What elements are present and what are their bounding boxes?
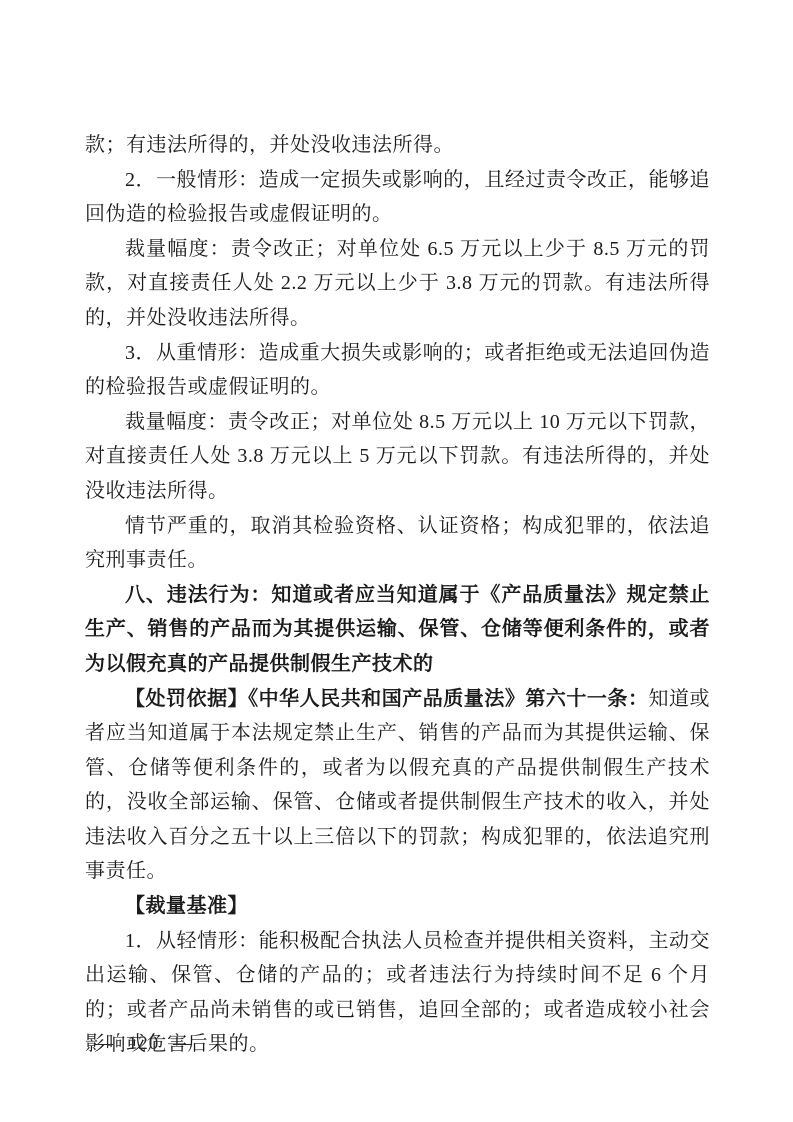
penalty-basis-label: 【处罚依据】《中华人民共和国产品质量法》第六十一条： bbox=[125, 688, 648, 710]
page-number: — 120 — bbox=[94, 1033, 193, 1055]
paragraph-continuation: 款；有违法所得的，并处没收违法所得。 bbox=[85, 128, 710, 163]
document-page: 款；有违法所得的，并处没收违法所得。 2．一般情形：造成一定损失或影响的，且经过… bbox=[0, 0, 793, 1122]
heading-benchmark: 【裁量基准】 bbox=[85, 889, 710, 924]
paragraph-serious-circumstance: 情节严重的，取消其检验资格、认证资格；构成犯罪的，依法追究刑事责任。 bbox=[85, 509, 710, 578]
penalty-basis-text: 知道或者应当知道属于本法规定禁止生产、销售的产品而为其提供运输、保管、仓储等便利… bbox=[85, 688, 710, 883]
paragraph-general-range: 裁量幅度：责令改正；对单位处 6.5 万元以上少于 8.5 万元的罚款，对直接责… bbox=[85, 232, 710, 336]
heading-violation-8: 八、违法行为：知道或者应当知道属于《产品质量法》规定禁止生产、销售的产品而为其提… bbox=[85, 578, 710, 682]
paragraph-severe-case: 3．从重情形：造成重大损失或影响的；或者拒绝或无法追回伪造的检验报告或虚假证明的… bbox=[85, 336, 710, 405]
paragraph-general-case: 2．一般情形：造成一定损失或影响的，且经过责令改正，能够追回伪造的检验报告或虚假… bbox=[85, 163, 710, 232]
document-body: 款；有违法所得的，并处没收违法所得。 2．一般情形：造成一定损失或影响的，且经过… bbox=[85, 128, 710, 1062]
paragraph-penalty-basis: 【处罚依据】《中华人民共和国产品质量法》第六十一条：知道或者应当知道属于本法规定… bbox=[85, 682, 710, 890]
paragraph-severe-range: 裁量幅度：责令改正；对单位处 8.5 万元以上 10 万元以下罚款，对直接责任人… bbox=[85, 405, 710, 509]
